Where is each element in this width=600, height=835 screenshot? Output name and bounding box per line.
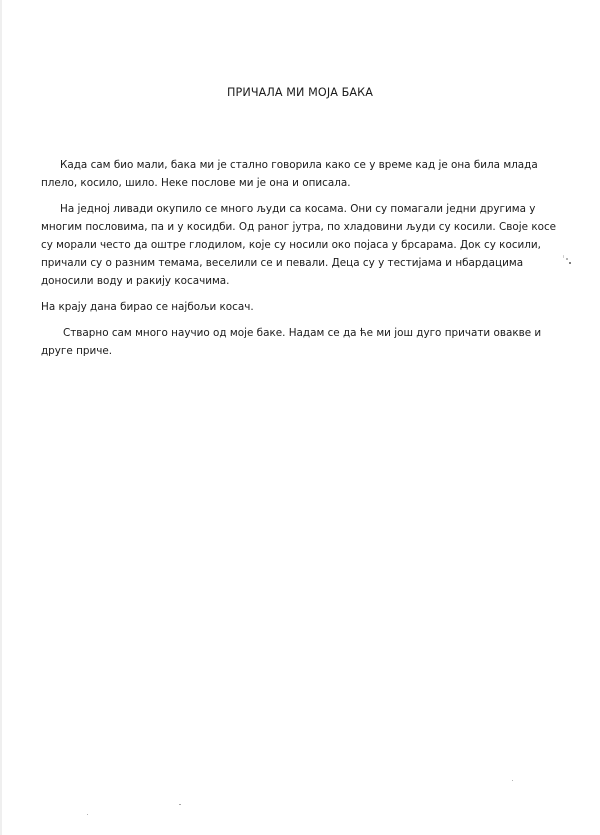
paragraph-line: Стварно сам много научио од моје баке. Н… [41,324,541,342]
scan-speck [87,814,88,815]
scan-speck [569,262,571,264]
paragraph-2: На једној ливади окупило се много људи с… [41,200,541,290]
document-title: ПРИЧАЛА МИ МОЈА БАКА [0,86,600,99]
paragraph-line: Када сам био мали, бака ми је стално гов… [41,156,541,174]
paragraph-4: Стварно сам много научио од моје баке. Н… [41,324,541,360]
paragraph-line: друге приче. [41,342,541,360]
paragraph-line: доносили воду и ракију косачима. [41,272,541,290]
scan-speck [566,258,568,260]
paragraph-line: су морали често да оштре глодилом, које … [41,236,541,254]
scan-speck [179,804,181,805]
paragraph-line: многим пословима, па и у косидби. Од ран… [41,218,541,236]
paragraph-line: причали су о разним темама, веселили се … [41,254,541,272]
scan-speck [512,780,513,781]
document-body: Када сам био мали, бака ми је стално гов… [41,156,541,368]
scanned-page: ПРИЧАЛА МИ МОЈА БАКА Када сам био мали, … [0,0,600,835]
paragraph-1: Када сам био мали, бака ми је стално гов… [41,156,541,192]
scan-speck [563,255,564,258]
paragraph-line: плело, косило, шило. Неке послове ми је … [41,174,541,192]
paragraph-line: На једној ливади окупило се много људи с… [41,200,541,218]
paragraph-line: На крају дана бирао се најбољи косач. [41,298,541,316]
paragraph-3: На крају дана бирао се најбољи косач. [41,298,541,316]
scan-edge [0,0,2,835]
